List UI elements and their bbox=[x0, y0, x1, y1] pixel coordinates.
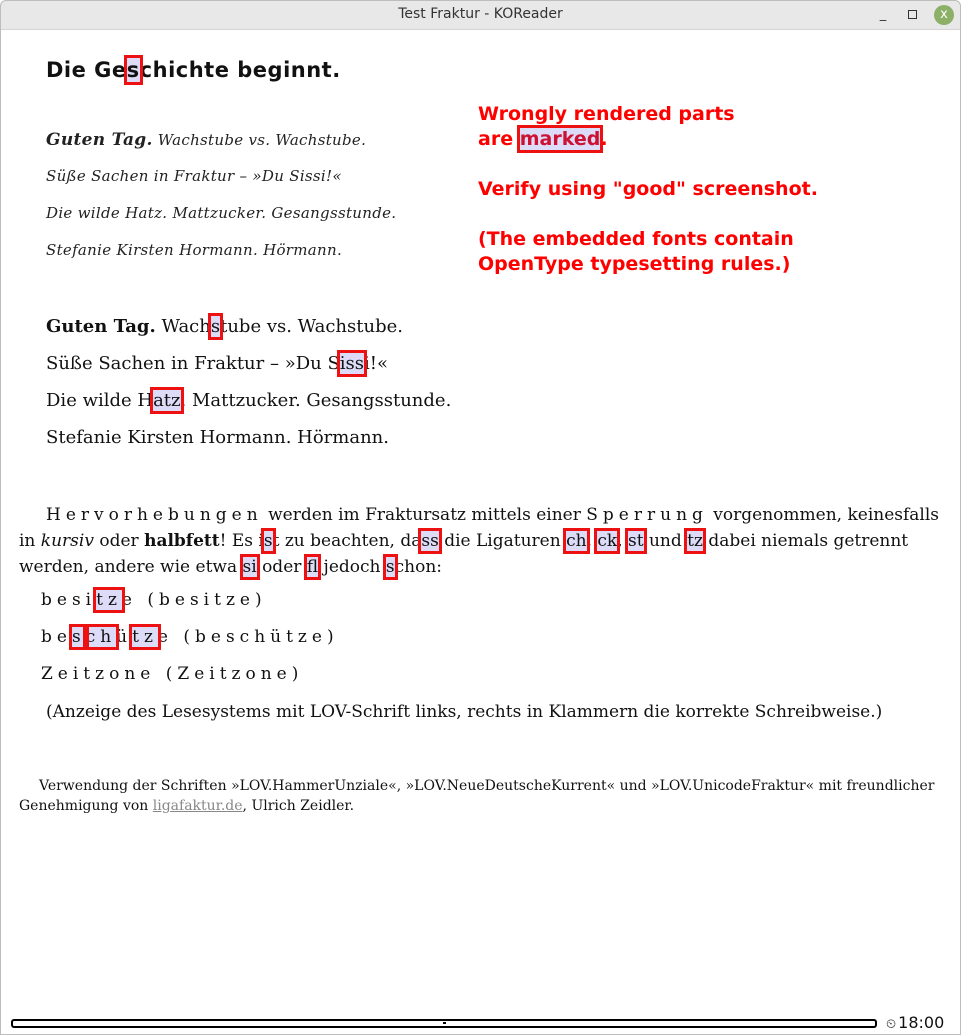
notice-verify: Verify using "good" screenshot. bbox=[478, 177, 818, 202]
error-mark: ch bbox=[566, 531, 586, 551]
maximize-button[interactable] bbox=[902, 5, 922, 25]
example-line: Zeitzone (Zeitzone) bbox=[41, 664, 339, 701]
kurrent-bold: Guten Tag. bbox=[46, 130, 153, 150]
credits-paragraph: Verwendung der Schriften »LOV.HammerUnzi… bbox=[19, 776, 944, 816]
chapter-marker bbox=[443, 1022, 446, 1024]
italic-text: kursiv bbox=[41, 531, 94, 551]
error-mark: ch bbox=[86, 627, 116, 647]
fraktur-line: Stefanie Kirsten Hormann. Hörmann. bbox=[46, 427, 451, 464]
error-mark: iss bbox=[340, 353, 364, 374]
error-mark: st bbox=[628, 531, 644, 551]
error-mark: s bbox=[211, 316, 220, 337]
close-button[interactable]: x bbox=[934, 5, 954, 25]
ligafaktur-link[interactable]: ligafaktur.de bbox=[153, 798, 243, 814]
para-text: ! Es i bbox=[220, 531, 264, 551]
kurrent-text: Süße Sachen in Fraktur – »Du Sissi!« bbox=[46, 167, 342, 185]
example-line: beschütze (beschütze) bbox=[41, 627, 339, 664]
reader-page[interactable]: Die Geschichte beginnt. Guten Tag. Wachs… bbox=[0, 30, 961, 1005]
fraktur-text: tube vs. Wachstube. bbox=[220, 316, 403, 337]
window-title: Test Fraktur - KOReader bbox=[0, 6, 961, 22]
kurrent-text: Wachstube vs. Wachstube. bbox=[153, 131, 366, 149]
reading-progress-bar[interactable] bbox=[11, 1019, 877, 1028]
notice-line: (The embedded fonts contain bbox=[478, 228, 794, 250]
fraktur-text: Wach bbox=[156, 316, 211, 337]
para-text: werden im Fraktursatz mittels einer bbox=[263, 505, 587, 525]
fraktur-sample: Guten Tag. Wachstube vs. Wachstube. Süße… bbox=[46, 316, 451, 464]
heading-text: Die Ge bbox=[46, 58, 127, 82]
heading-text: chichte beginnt. bbox=[140, 58, 341, 82]
spaced-text: Sperrung bbox=[586, 505, 708, 525]
notice-line: OpenType typesetting rules.) bbox=[478, 253, 790, 275]
para-text: die Ligaturen bbox=[439, 531, 566, 551]
para-text: oder bbox=[94, 531, 144, 551]
example-text: Zeitzone (Zeitzone) bbox=[41, 664, 303, 684]
error-mark: s bbox=[127, 58, 140, 82]
notice-line: are bbox=[478, 128, 520, 150]
maximize-icon bbox=[908, 10, 917, 19]
fraktur-text: . Mattzucker. Gesangsstunde. bbox=[181, 390, 452, 411]
clock-time: 18:00 bbox=[898, 1013, 944, 1032]
error-mark: s bbox=[264, 531, 273, 551]
error-mark: ss bbox=[421, 531, 438, 551]
kurrent-line: Süße Sachen in Fraktur – »Du Sissi!« bbox=[46, 167, 396, 204]
notice-line: Wrongly rendered parts bbox=[478, 103, 735, 125]
spaced-text: Hervorhebungen bbox=[46, 505, 263, 525]
example-note: (Anzeige des Lesesystems mit LOV-Schrift… bbox=[46, 702, 882, 722]
error-mark: s bbox=[72, 627, 86, 647]
fraktur-line: Die wilde Hatz. Mattzucker. Gesangsstund… bbox=[46, 390, 451, 427]
error-mark: tz bbox=[96, 590, 122, 610]
window-titlebar: Test Fraktur - KOReader _ x bbox=[0, 0, 961, 30]
para-text: oder bbox=[257, 557, 307, 577]
notice-line: . bbox=[600, 128, 607, 150]
fraktur-line: Guten Tag. Wachstube vs. Wachstube. bbox=[46, 316, 451, 353]
para-text: und bbox=[644, 531, 688, 551]
error-mark: tz bbox=[132, 627, 158, 647]
fraktur-text: Die wilde H bbox=[46, 390, 153, 411]
bold-text: halbfett bbox=[144, 531, 220, 551]
example-text: be bbox=[41, 627, 72, 647]
para-text: jedoch bbox=[318, 557, 386, 577]
close-icon: x bbox=[940, 7, 948, 22]
fraktur-line: Süße Sachen in Fraktur – »Du Sissi!« bbox=[46, 353, 451, 390]
clock-icon: ⏲ bbox=[886, 1017, 896, 1032]
fraktur-text: Süße Sachen in Fraktur – »Du S bbox=[46, 353, 340, 374]
error-mark: si bbox=[243, 557, 257, 577]
example-text: e (besitze) bbox=[122, 590, 267, 610]
minimize-icon: _ bbox=[880, 7, 887, 22]
kurrent-line: Guten Tag. Wachstube vs. Wachstube. bbox=[46, 130, 396, 167]
fraktur-text: i!« bbox=[364, 353, 388, 374]
kurrent-line: Die wilde Hatz. Mattzucker. Gesangsstund… bbox=[46, 204, 396, 241]
minimize-button[interactable]: _ bbox=[873, 5, 893, 25]
example-text: besi bbox=[41, 590, 96, 610]
error-mark: marked bbox=[520, 128, 601, 150]
clock: ⏲18:00 bbox=[886, 1013, 944, 1032]
error-mark: atz bbox=[153, 390, 180, 411]
error-mark: fl bbox=[307, 557, 318, 577]
kurrent-text: Stefanie Kirsten Hormann. Hörmann. bbox=[46, 241, 342, 259]
page-heading: Die Geschichte beginnt. bbox=[46, 58, 341, 82]
ligature-examples: besitze (besitze) beschütze (beschütze) … bbox=[41, 590, 339, 701]
error-mark: tz bbox=[687, 531, 703, 551]
credits-text: , Ulrich Zeidler. bbox=[243, 798, 354, 814]
error-mark: s bbox=[386, 557, 395, 577]
fraktur-text: Stefanie Kirsten Hormann. Hörmann. bbox=[46, 427, 389, 448]
para-text: , bbox=[617, 531, 628, 551]
kurrent-line: Stefanie Kirsten Hormann. Hörmann. bbox=[46, 241, 396, 278]
fraktur-bold: Guten Tag. bbox=[46, 316, 156, 337]
example-line: besitze (besitze) bbox=[41, 590, 339, 627]
error-mark: ck bbox=[597, 531, 617, 551]
body-paragraph: Hervorhebungen werden im Fraktursatz mit… bbox=[19, 502, 944, 580]
para-text: t zu beachten, da bbox=[273, 531, 422, 551]
example-text: ü bbox=[116, 627, 132, 647]
para-text: , bbox=[587, 531, 598, 551]
reader-footer: ⏲18:00 bbox=[0, 1005, 961, 1035]
para-text: chon: bbox=[395, 557, 442, 577]
red-notice: Wrongly rendered partsare marked. Verify… bbox=[478, 102, 818, 302]
example-text: e (beschütze) bbox=[158, 627, 339, 647]
kurrent-text: Die wilde Hatz. Mattzucker. Gesangsstund… bbox=[46, 204, 396, 222]
kurrent-sample: Guten Tag. Wachstube vs. Wachstube. Süße… bbox=[46, 130, 396, 278]
